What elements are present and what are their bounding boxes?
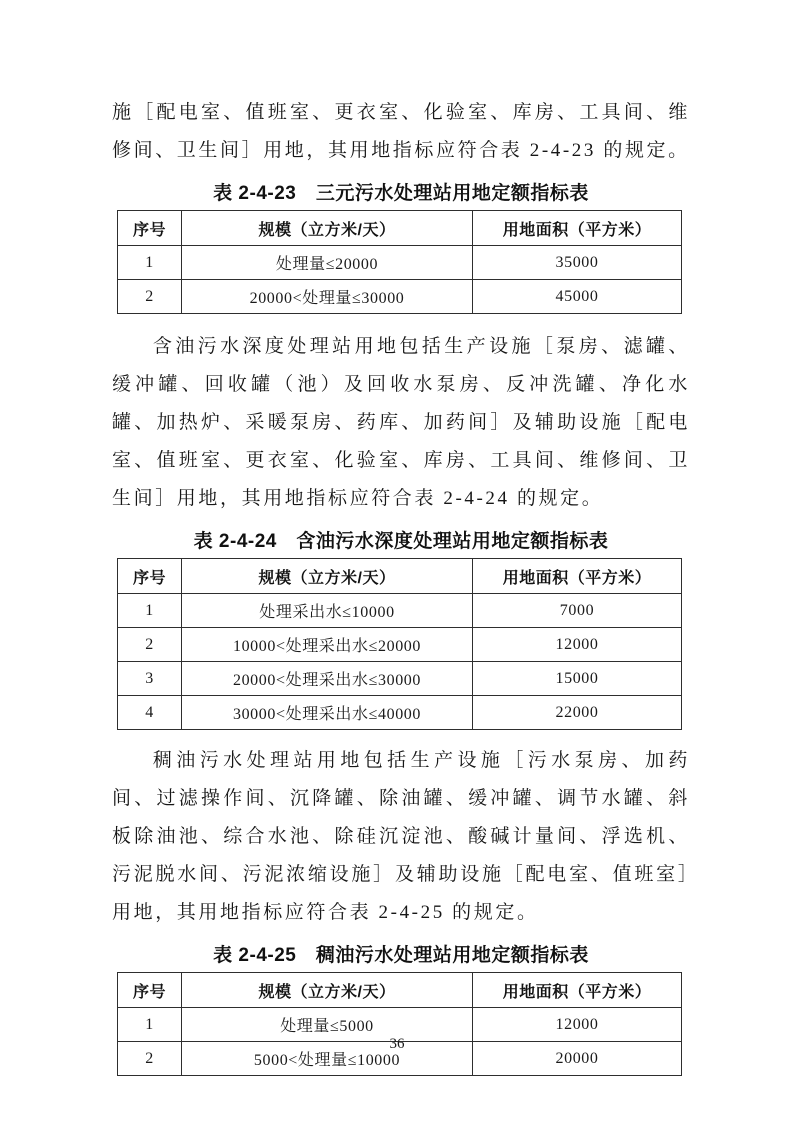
paragraph-facilities-continued: 施［配电室、值班室、更衣室、化验室、库房、工具间、维修间、卫生间］用地，其用地指…: [112, 94, 690, 170]
header-cell: 序号: [118, 559, 182, 594]
table-title-2-4-25: 表 2-4-25 稠油污水处理站用地定额指标表: [112, 940, 690, 967]
table-cell: 10000<处理采出水≤20000: [182, 628, 473, 662]
table-row: 430000<处理采出水≤4000022000: [118, 696, 682, 730]
table-header-row: 序号规模（立方米/天）用地面积（平方米）: [118, 973, 682, 1008]
table-row: 320000<处理采出水≤3000015000: [118, 662, 682, 696]
header-cell: 用地面积（平方米）: [473, 973, 682, 1008]
header-cell: 用地面积（平方米）: [473, 211, 682, 246]
table-section-2-4-25: 表 2-4-25 稠油污水处理站用地定额指标表 序号规模（立方米/天）用地面积（…: [112, 940, 690, 1076]
paragraph-heavy-oil-wastewater-station: 稠油污水处理站用地包括生产设施［污水泵房、加药间、过滤操作间、沉降罐、除油罐、缓…: [112, 742, 690, 932]
table-cell: 1: [118, 246, 182, 280]
table-cell: 20000<处理量≤30000: [182, 280, 473, 314]
quota-table-2-4-25: 序号规模（立方米/天）用地面积（平方米）1处理量≤50001200025000<…: [117, 972, 682, 1076]
table-cell: 1: [118, 594, 182, 628]
table-cell: 处理量≤20000: [182, 246, 473, 280]
document-page: 施［配电室、值班室、更衣室、化验室、库房、工具间、维修间、卫生间］用地，其用地指…: [0, 0, 794, 1122]
header-cell: 用地面积（平方米）: [473, 559, 682, 594]
table-cell: 2: [118, 628, 182, 662]
table-cell: 12000: [473, 628, 682, 662]
table-section-2-4-24: 表 2-4-24 含油污水深度处理站用地定额指标表 序号规模（立方米/天）用地面…: [112, 526, 690, 730]
header-cell: 规模（立方米/天）: [182, 973, 473, 1008]
table-cell: 处理采出水≤10000: [182, 594, 473, 628]
table-cell: 7000: [473, 594, 682, 628]
table-cell: 20000<处理采出水≤30000: [182, 662, 473, 696]
table-row: 1处理量≤2000035000: [118, 246, 682, 280]
table-header-row: 序号规模（立方米/天）用地面积（平方米）: [118, 211, 682, 246]
table-cell: 2: [118, 280, 182, 314]
table-cell: 45000: [473, 280, 682, 314]
table-cell: 4: [118, 696, 182, 730]
table-cell: 15000: [473, 662, 682, 696]
table-row: 220000<处理量≤3000045000: [118, 280, 682, 314]
table-cell: 3: [118, 662, 182, 696]
page-number: 36: [0, 1036, 794, 1053]
header-cell: 规模（立方米/天）: [182, 559, 473, 594]
table-section-2-4-23: 表 2-4-23 三元污水处理站用地定额指标表 序号规模（立方米/天）用地面积（…: [112, 178, 690, 314]
table-row: 1处理采出水≤100007000: [118, 594, 682, 628]
table-cell: 35000: [473, 246, 682, 280]
header-cell: 规模（立方米/天）: [182, 211, 473, 246]
header-cell: 序号: [118, 211, 182, 246]
table-row: 210000<处理采出水≤2000012000: [118, 628, 682, 662]
quota-table-2-4-23: 序号规模（立方米/天）用地面积（平方米）1处理量≤200003500022000…: [117, 210, 682, 314]
table-title-2-4-24: 表 2-4-24 含油污水深度处理站用地定额指标表: [112, 526, 690, 553]
table-cell: 22000: [473, 696, 682, 730]
table-title-2-4-23: 表 2-4-23 三元污水处理站用地定额指标表: [112, 178, 690, 205]
header-cell: 序号: [118, 973, 182, 1008]
table-header-row: 序号规模（立方米/天）用地面积（平方米）: [118, 559, 682, 594]
table-cell: 30000<处理采出水≤40000: [182, 696, 473, 730]
page-content: 施［配电室、值班室、更衣室、化验室、库房、工具间、维修间、卫生间］用地，其用地指…: [112, 0, 690, 1076]
paragraph-oily-wastewater-station: 含油污水深度处理站用地包括生产设施［泵房、滤罐、缓冲罐、回收罐（池）及回收水泵房…: [112, 328, 690, 518]
quota-table-2-4-24: 序号规模（立方米/天）用地面积（平方米）1处理采出水≤1000070002100…: [117, 558, 682, 730]
